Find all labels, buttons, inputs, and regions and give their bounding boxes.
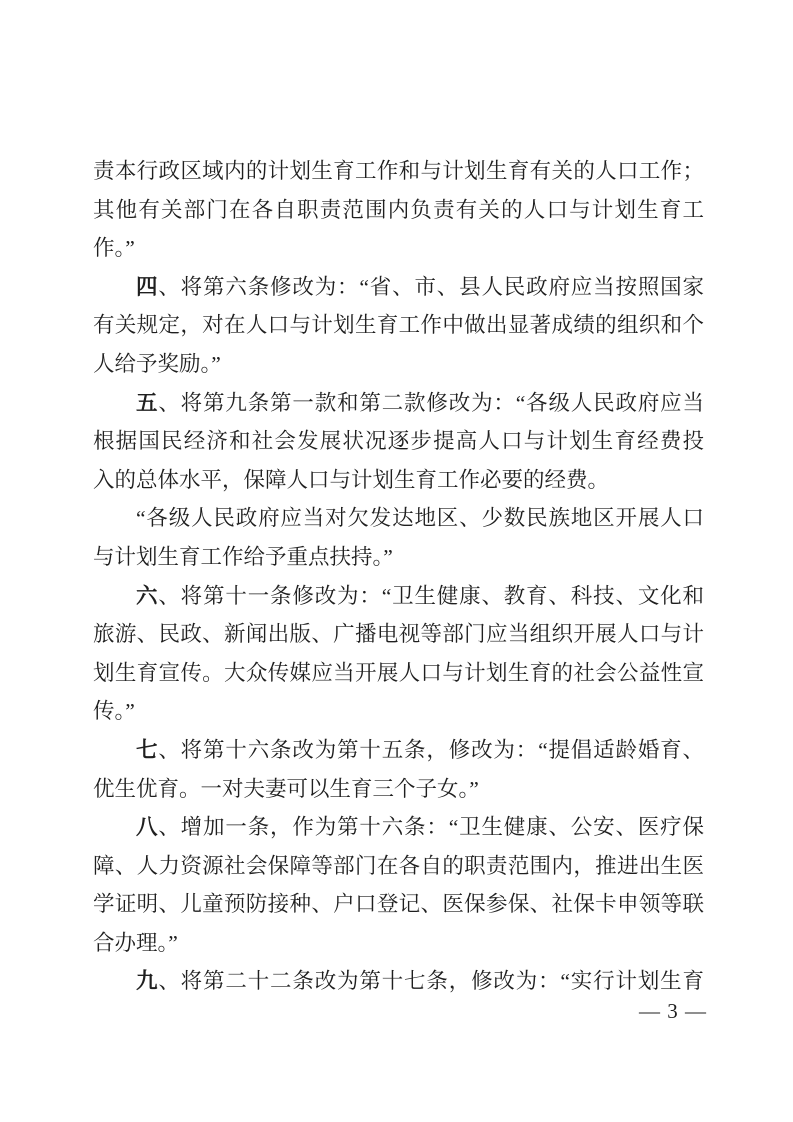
document-line: 四、将第六条修改为：“省、市、县人民政府应当按照国家 — [93, 268, 704, 307]
section-number: 八 — [136, 815, 158, 839]
document-line: 合办理。” — [93, 924, 704, 963]
section-number: 五 — [136, 391, 158, 415]
document-line: 障、人力资源社会保障等部门在各自的职责范围内，推进出生医 — [93, 847, 704, 886]
document-line: 学证明、儿童预防接种、户口登记、医保参保、社保卡申领等联 — [93, 885, 704, 924]
document-line: 与计划生育工作给予重点扶持。” — [93, 538, 704, 577]
document-line: “各级人民政府应当对欠发达地区、少数民族地区开展人口 — [93, 499, 704, 538]
document-page: 责本行政区域内的计划生育工作和与计划生育有关的人口工作； 其他有关部门在各自职责… — [0, 0, 793, 1122]
document-line: 八、增加一条，作为第十六条：“卫生健康、公安、医疗保 — [93, 808, 704, 847]
document-line: 根据国民经济和社会发展状况逐步提高人口与计划生育经费投 — [93, 422, 704, 461]
section-text: 、将第十一条修改为：“卫生健康、教育、科技、文化和 — [158, 584, 704, 608]
section-number: 六 — [136, 584, 158, 608]
document-line: 作。” — [93, 229, 704, 268]
document-line: 五、将第九条第一款和第二款修改为：“各级人民政府应当 — [93, 384, 704, 423]
document-line: 入的总体水平，保障人口与计划生育工作必要的经费。 — [93, 461, 704, 500]
section-text: 、将第九条第一款和第二款修改为：“各级人民政府应当 — [158, 391, 704, 415]
document-line: 有关规定，对在人口与计划生育工作中做出显著成绩的组织和个 — [93, 306, 704, 345]
section-text: 、将第六条修改为：“省、市、县人民政府应当按照国家 — [158, 275, 704, 299]
document-line: 其他有关部门在各自职责范围内负责有关的人口与计划生育工 — [93, 191, 704, 230]
section-number: 四 — [136, 275, 158, 299]
document-line: 九、将第二十二条改为第十七条，修改为：“实行计划生育 — [93, 962, 704, 1001]
document-line: 传。” — [93, 692, 704, 731]
document-line: 优生优育。一对夫妻可以生育三个子女。” — [93, 770, 704, 809]
document-line: 旅游、民政、新闻出版、广播电视等部门应当组织开展人口与计 — [93, 615, 704, 654]
document-line: 责本行政区域内的计划生育工作和与计划生育有关的人口工作； — [93, 152, 704, 191]
section-text: 、增加一条，作为第十六条：“卫生健康、公安、医疗保 — [158, 815, 704, 839]
section-text: 、将第十六条改为第十五条，修改为：“提倡适龄婚育、 — [158, 738, 704, 762]
document-body: 责本行政区域内的计划生育工作和与计划生育有关的人口工作； 其他有关部门在各自职责… — [93, 152, 704, 1001]
section-number: 九 — [136, 969, 158, 993]
section-text: 、将第二十二条改为第十七条，修改为：“实行计划生育 — [158, 969, 704, 993]
page-number: — 3 — — [639, 998, 707, 1024]
document-line: 七、将第十六条改为第十五条，修改为：“提倡适龄婚育、 — [93, 731, 704, 770]
document-line: 六、将第十一条修改为：“卫生健康、教育、科技、文化和 — [93, 577, 704, 616]
section-number: 七 — [136, 738, 158, 762]
document-line: 人给予奖励。” — [93, 345, 704, 384]
document-line: 划生育宣传。大众传媒应当开展人口与计划生育的社会公益性宣 — [93, 654, 704, 693]
